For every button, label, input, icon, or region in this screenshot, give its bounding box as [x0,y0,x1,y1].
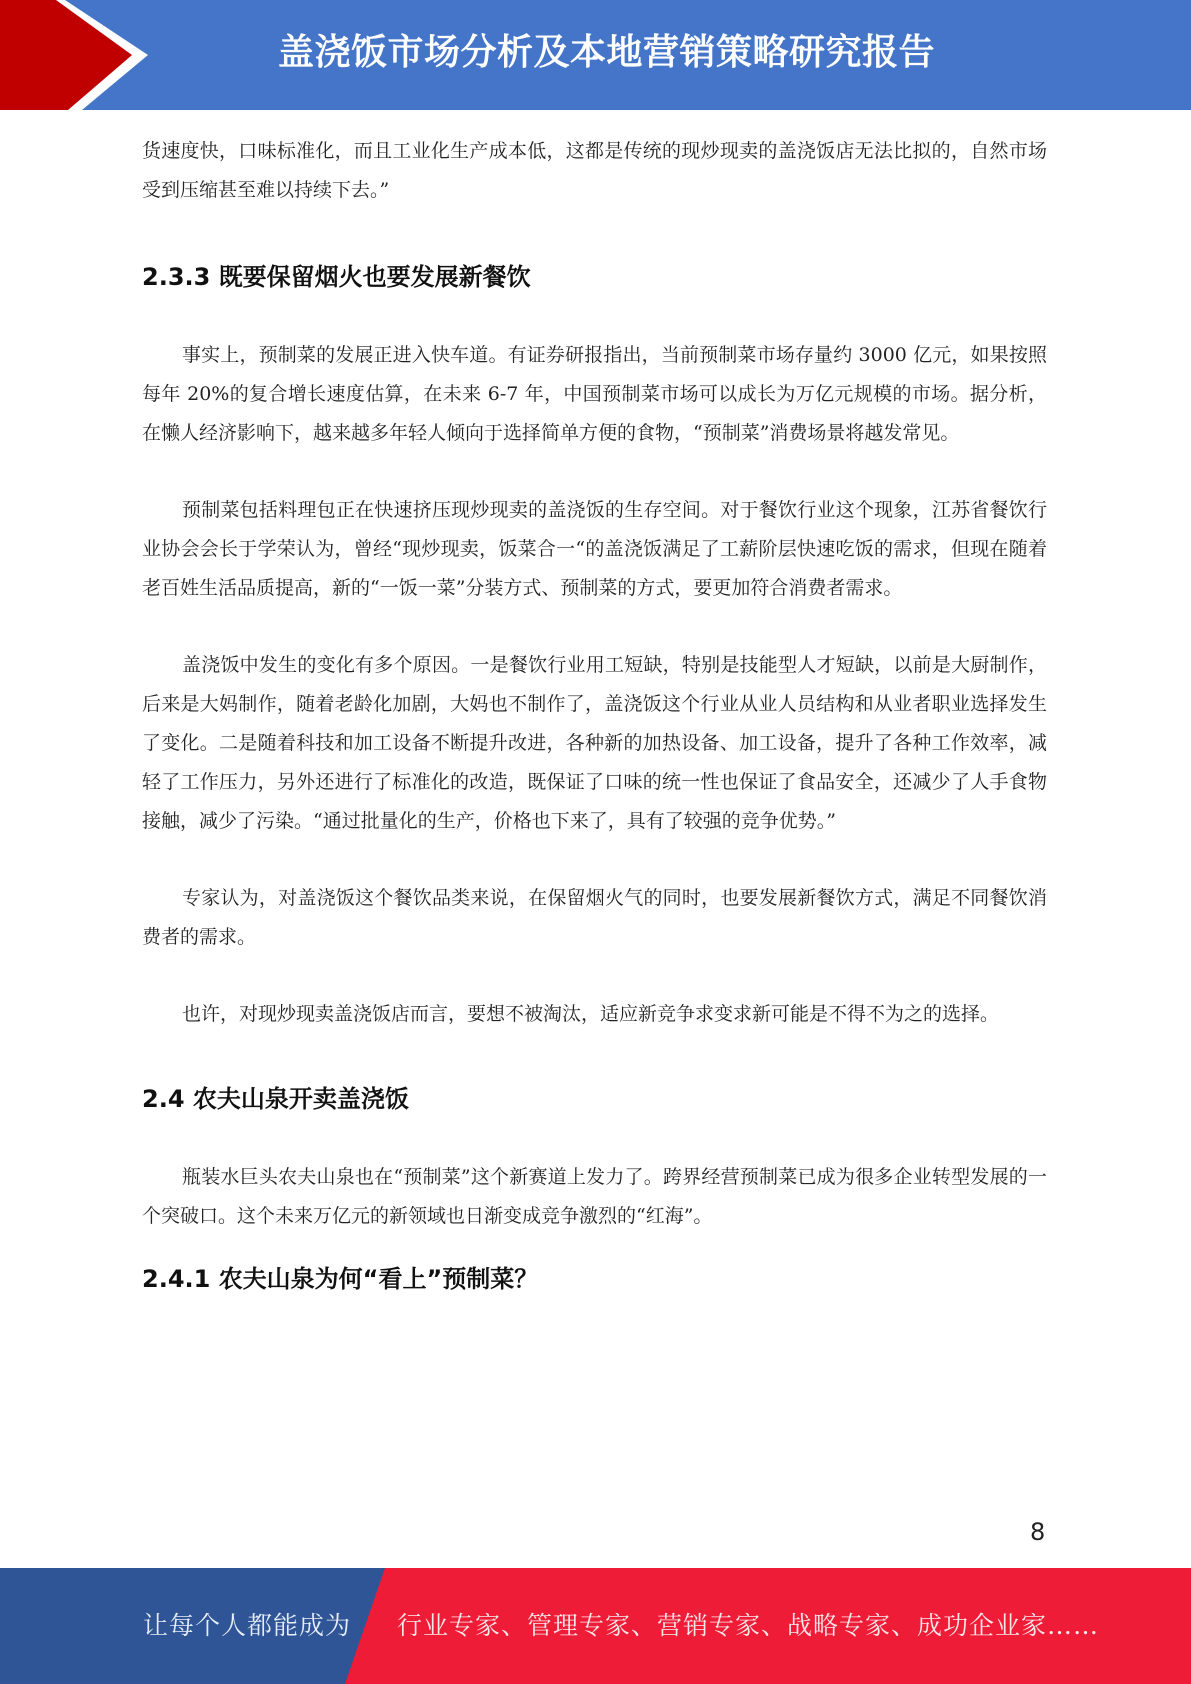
paragraph-change-reasons: 盖浇饭中发生的变化有多个原因。一是餐饮行业用工短缺，特别是技能型人才短缺，以前是… [142,646,1047,841]
paragraph-expert-opinion: 专家认为，对盖浇饭这个餐饮品类来说，在保留烟火气的同时，也要发展新餐饮方式，满足… [142,879,1047,957]
page-number: 8 [1030,1518,1045,1546]
footer-slogan-right: 行业专家、管理专家、营销专家、战略专家、成功企业家…… [397,1606,1099,1642]
paragraph-adaptation: 也许，对现炒现卖盖浇饭店而言，要想不被淘汰，适应新竞争求变求新可能是不得不为之的… [142,995,1047,1034]
chevron-arrow-icon [0,0,160,110]
paragraph-industry-association: 预制菜包括料理包正在快速挤压现炒现卖的盖浇饭的生存空间。对于餐饮行业这个现象，江… [142,491,1047,608]
page-footer: 让每个人都能成为 行业专家、管理专家、营销专家、战略专家、成功企业家…… [0,1568,1191,1684]
paragraph-prepared-food-growth: 事实上，预制菜的发展正进入快车道。有证券研报指出，当前预制菜市场存量约 3000… [142,336,1047,453]
paragraph-continued: 货速度快，口味标准化，而且工业化生产成本低，这都是传统的现炒现卖的盖浇饭店无法比… [142,132,1047,210]
report-title: 盖浇饭市场分析及本地营销策略研究报告 [278,28,935,78]
section-heading-2-3-3: 2.3.3 既要保留烟火也要发展新餐饮 [142,260,1047,294]
section-heading-2-4: 2.4 农夫山泉开卖盖浇饭 [142,1082,1047,1116]
footer-slogan-left: 让每个人都能成为 [143,1606,351,1642]
page-header: 盖浇饭市场分析及本地营销策略研究报告 [0,0,1191,110]
section-heading-2-4-1: 2.4.1 农夫山泉为何“看上”预制菜？ [142,1262,1047,1296]
document-body: 货速度快，口味标准化，而且工业化生产成本低，这都是传统的现炒现卖的盖浇饭店无法比… [142,132,1047,1296]
paragraph-nongfu-spring: 瓶装水巨头农夫山泉也在“预制菜”这个新赛道上发力了。跨界经营预制菜已成为很多企业… [142,1158,1047,1236]
